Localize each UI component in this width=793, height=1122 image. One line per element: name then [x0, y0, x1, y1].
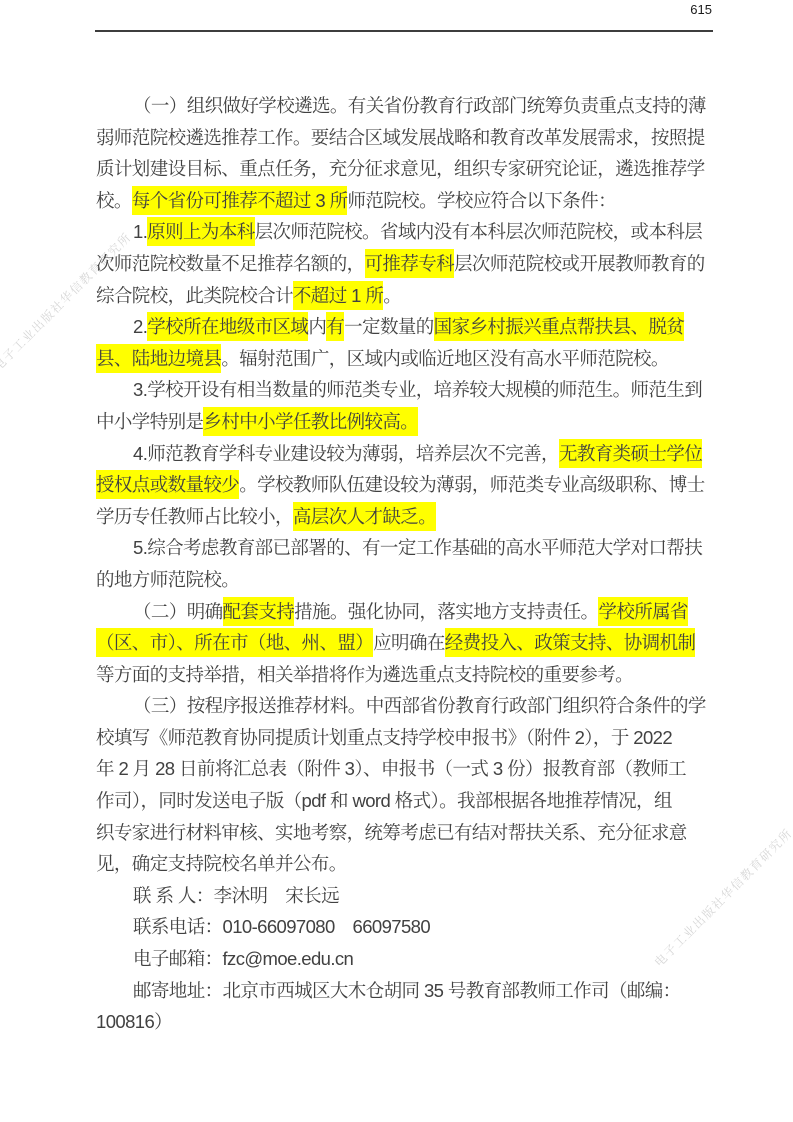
text-line: 县、陆地边境县。辐射范围广，区域内或临近地区没有高水平师范院校。: [96, 343, 721, 375]
highlighted-text: 可推荐专科: [365, 249, 455, 278]
text-line: 授权点或数量较少。学校教师队伍建设较为薄弱，师范类专业高级职称、博士: [96, 469, 721, 501]
text-run: 综合院校，此类院校合计: [96, 285, 293, 306]
text-run: 100816）: [96, 1011, 172, 1032]
text-run: （二）明确: [133, 601, 223, 622]
text-line: 作司），同时发送电子版（pdf 和 word 格式）。我部根据各地推荐情况，组: [96, 785, 721, 817]
text-run: 。学校教师队伍建设较为薄弱，师范类专业高级职称、博士: [239, 474, 704, 495]
text-line: （三）按程序报送推荐材料。中西部省份教育行政部门组织符合条件的学: [96, 690, 721, 722]
highlighted-text: 高层次人才缺乏。: [293, 502, 436, 531]
text-run: 5.综合考虑教育部已部署的、有一定工作基础的高水平师范大学对口帮扶: [133, 537, 702, 558]
text-run: 内: [308, 316, 326, 337]
text-run: 2.: [133, 316, 147, 337]
text-run: 3.学校开设有相当数量的师范类专业，培养较大规模的师范生。师范生到: [133, 379, 702, 400]
highlighted-text: 每个省份可推荐不超过 3 所: [132, 186, 348, 215]
text-line: 学历专任教师占比较小，高层次人才缺乏。: [96, 501, 721, 533]
highlighted-text: （区、市）、所在市（地、州、盟）: [96, 628, 373, 657]
highlighted-text: 无教育类硕士学位: [559, 439, 702, 468]
highlighted-text: 有: [326, 312, 344, 341]
text-line: 中小学特别是乡村中小学任教比例较高。: [96, 406, 721, 438]
text-line: 1.原则上为本科层次师范院校。省域内没有本科层次师范院校，或本科层: [96, 216, 721, 248]
text-run: 的地方师范院校。: [96, 569, 239, 590]
text-run: 。: [383, 285, 401, 306]
text-line: 次师范院校数量不足推荐名额的，可推荐专科层次师范院校或开展教师教育的: [96, 248, 721, 280]
text-run: 4.师范教育学科专业建设较为薄弱，培养层次不完善，: [133, 443, 559, 464]
text-run: 作司），同时发送电子版（pdf 和 word 格式）。我部根据各地推荐情况，组: [96, 790, 672, 811]
text-run: 校。: [96, 190, 132, 211]
text-line: 邮寄地址：北京市西城区大木仓胡同 35 号教育部教师工作司（邮编：: [96, 975, 721, 1007]
text-line: 联系电话：010-66097080 66097580: [96, 911, 721, 943]
text-line: 年 2 月 28 日前将汇总表（附件 3）、申报书（一式 3 份）报教育部（教师…: [96, 753, 721, 785]
highlighted-text: 不超过 1 所: [293, 281, 383, 310]
text-run: 应明确在: [373, 632, 445, 653]
text-line: 校填写《师范教育协同提质计划重点支持学校申报书》（附件 2），于 2022: [96, 722, 721, 754]
text-run: 次师范院校数量不足推荐名额的，: [96, 253, 365, 274]
text-run: 联系电话：010-66097080 66097580: [133, 916, 430, 937]
text-run: 弱师范院校遴选推荐工作。要结合区域发展战略和教育改革发展需求，按照提: [96, 127, 705, 148]
text-run: 织专家进行材料审核、实地考察，统筹考虑已有结对帮扶关系、充分征求意: [96, 822, 687, 843]
page-number: 615: [690, 2, 712, 17]
text-line: 弱师范院校遴选推荐工作。要结合区域发展战略和教育改革发展需求，按照提: [96, 122, 721, 154]
text-line: 织专家进行材料审核、实地考察，统筹考虑已有结对帮扶关系、充分征求意: [96, 817, 721, 849]
text-run: 电子邮箱：fzc@moe.edu.cn: [133, 948, 353, 969]
text-run: 联 系 人：李沐明 宋长远: [133, 885, 339, 906]
highlighted-text: 国家乡村振兴重点帮扶县、脱贫: [434, 312, 685, 341]
highlighted-text: 学校所属省: [598, 597, 688, 626]
text-line: 5.综合考虑教育部已部署的、有一定工作基础的高水平师范大学对口帮扶: [96, 532, 721, 564]
text-line: 质计划建设目标、重点任务，充分征求意见，组织专家研究论证，遴选推荐学: [96, 153, 721, 185]
text-line: （区、市）、所在市（地、州、盟）应明确在经费投入、政策支持、协调机制: [96, 627, 721, 659]
text-run: 等方面的支持举措，相关举措将作为遴选重点支持院校的重要参考。: [96, 664, 633, 685]
text-run: 年 2 月 28 日前将汇总表（附件 3）、申报书（一式 3 份）报教育部（教师…: [96, 758, 686, 779]
text-run: 学历专任教师占比较小，: [96, 506, 293, 527]
highlighted-text: 学校所在地级市区域: [147, 312, 308, 341]
text-run: 措施。强化协同，落实地方支持责任。: [294, 601, 598, 622]
text-line: 电子邮箱：fzc@moe.edu.cn: [96, 943, 721, 975]
text-run: 中小学特别是: [96, 411, 203, 432]
text-line: 联 系 人：李沐明 宋长远: [96, 880, 721, 912]
text-line: 4.师范教育学科专业建设较为薄弱，培养层次不完善，无教育类硕士学位: [96, 438, 721, 470]
text-run: 邮寄地址：北京市西城区大木仓胡同 35 号教育部教师工作司（邮编：: [133, 980, 681, 1001]
highlighted-text: 原则上为本科: [147, 217, 254, 246]
text-line: 3.学校开设有相当数量的师范类专业，培养较大规模的师范生。师范生到: [96, 374, 721, 406]
text-line: 等方面的支持举措，相关举措将作为遴选重点支持院校的重要参考。: [96, 659, 721, 691]
text-run: （一）组织做好学校遴选。有关省份教育行政部门统筹负责重点支持的薄: [133, 95, 706, 116]
text-run: 质计划建设目标、重点任务，充分征求意见，组织专家研究论证，遴选推荐学: [96, 158, 705, 179]
text-line: （一）组织做好学校遴选。有关省份教育行政部门统筹负责重点支持的薄: [96, 90, 721, 122]
text-run: 1.: [133, 221, 147, 242]
text-run: 层次师范院校或开展教师教育的: [454, 253, 705, 274]
text-run: 。辐射范围广，区域内或临近地区没有高水平师范院校。: [221, 348, 669, 369]
text-run: 见，确定支持院校名单并公布。: [96, 853, 347, 874]
text-line: 校。每个省份可推荐不超过 3 所师范院校。学校应符合以下条件：: [96, 185, 721, 217]
highlighted-text: 授权点或数量较少: [96, 470, 239, 499]
highlighted-text: 配套支持: [223, 597, 295, 626]
text-run: 校填写《师范教育协同提质计划重点支持学校申报书》（附件 2），于 2022: [96, 727, 672, 748]
document-page: 615 电子工业出版社华信教育研究所 电子工业出版社华信教育研究所 （一）组织做…: [0, 0, 793, 1122]
header-rule: [95, 30, 713, 32]
text-run: 层次师范院校。省域内没有本科层次师范院校，或本科层: [255, 221, 703, 242]
highlighted-text: 经费投入、政策支持、协调机制: [445, 628, 696, 657]
text-line: 2.学校所在地级市区域内有一定数量的国家乡村振兴重点帮扶县、脱贫: [96, 311, 721, 343]
text-line: 综合院校，此类院校合计不超过 1 所。: [96, 280, 721, 312]
text-line: 的地方师范院校。: [96, 564, 721, 596]
highlighted-text: 县、陆地边境县: [96, 344, 221, 373]
text-run: 一定数量的: [344, 316, 434, 337]
text-line: 见，确定支持院校名单并公布。: [96, 848, 721, 880]
text-line: 100816）: [96, 1006, 721, 1038]
document-body: （一）组织做好学校遴选。有关省份教育行政部门统筹负责重点支持的薄弱师范院校遴选推…: [96, 90, 721, 1038]
highlighted-text: 乡村中小学任教比例较高。: [203, 407, 418, 436]
text-line: （二）明确配套支持措施。强化协同，落实地方支持责任。学校所属省: [96, 596, 721, 628]
text-run: （三）按程序报送推荐材料。中西部省份教育行政部门组织符合条件的学: [133, 695, 706, 716]
text-run: 师范院校。学校应符合以下条件：: [347, 190, 616, 211]
